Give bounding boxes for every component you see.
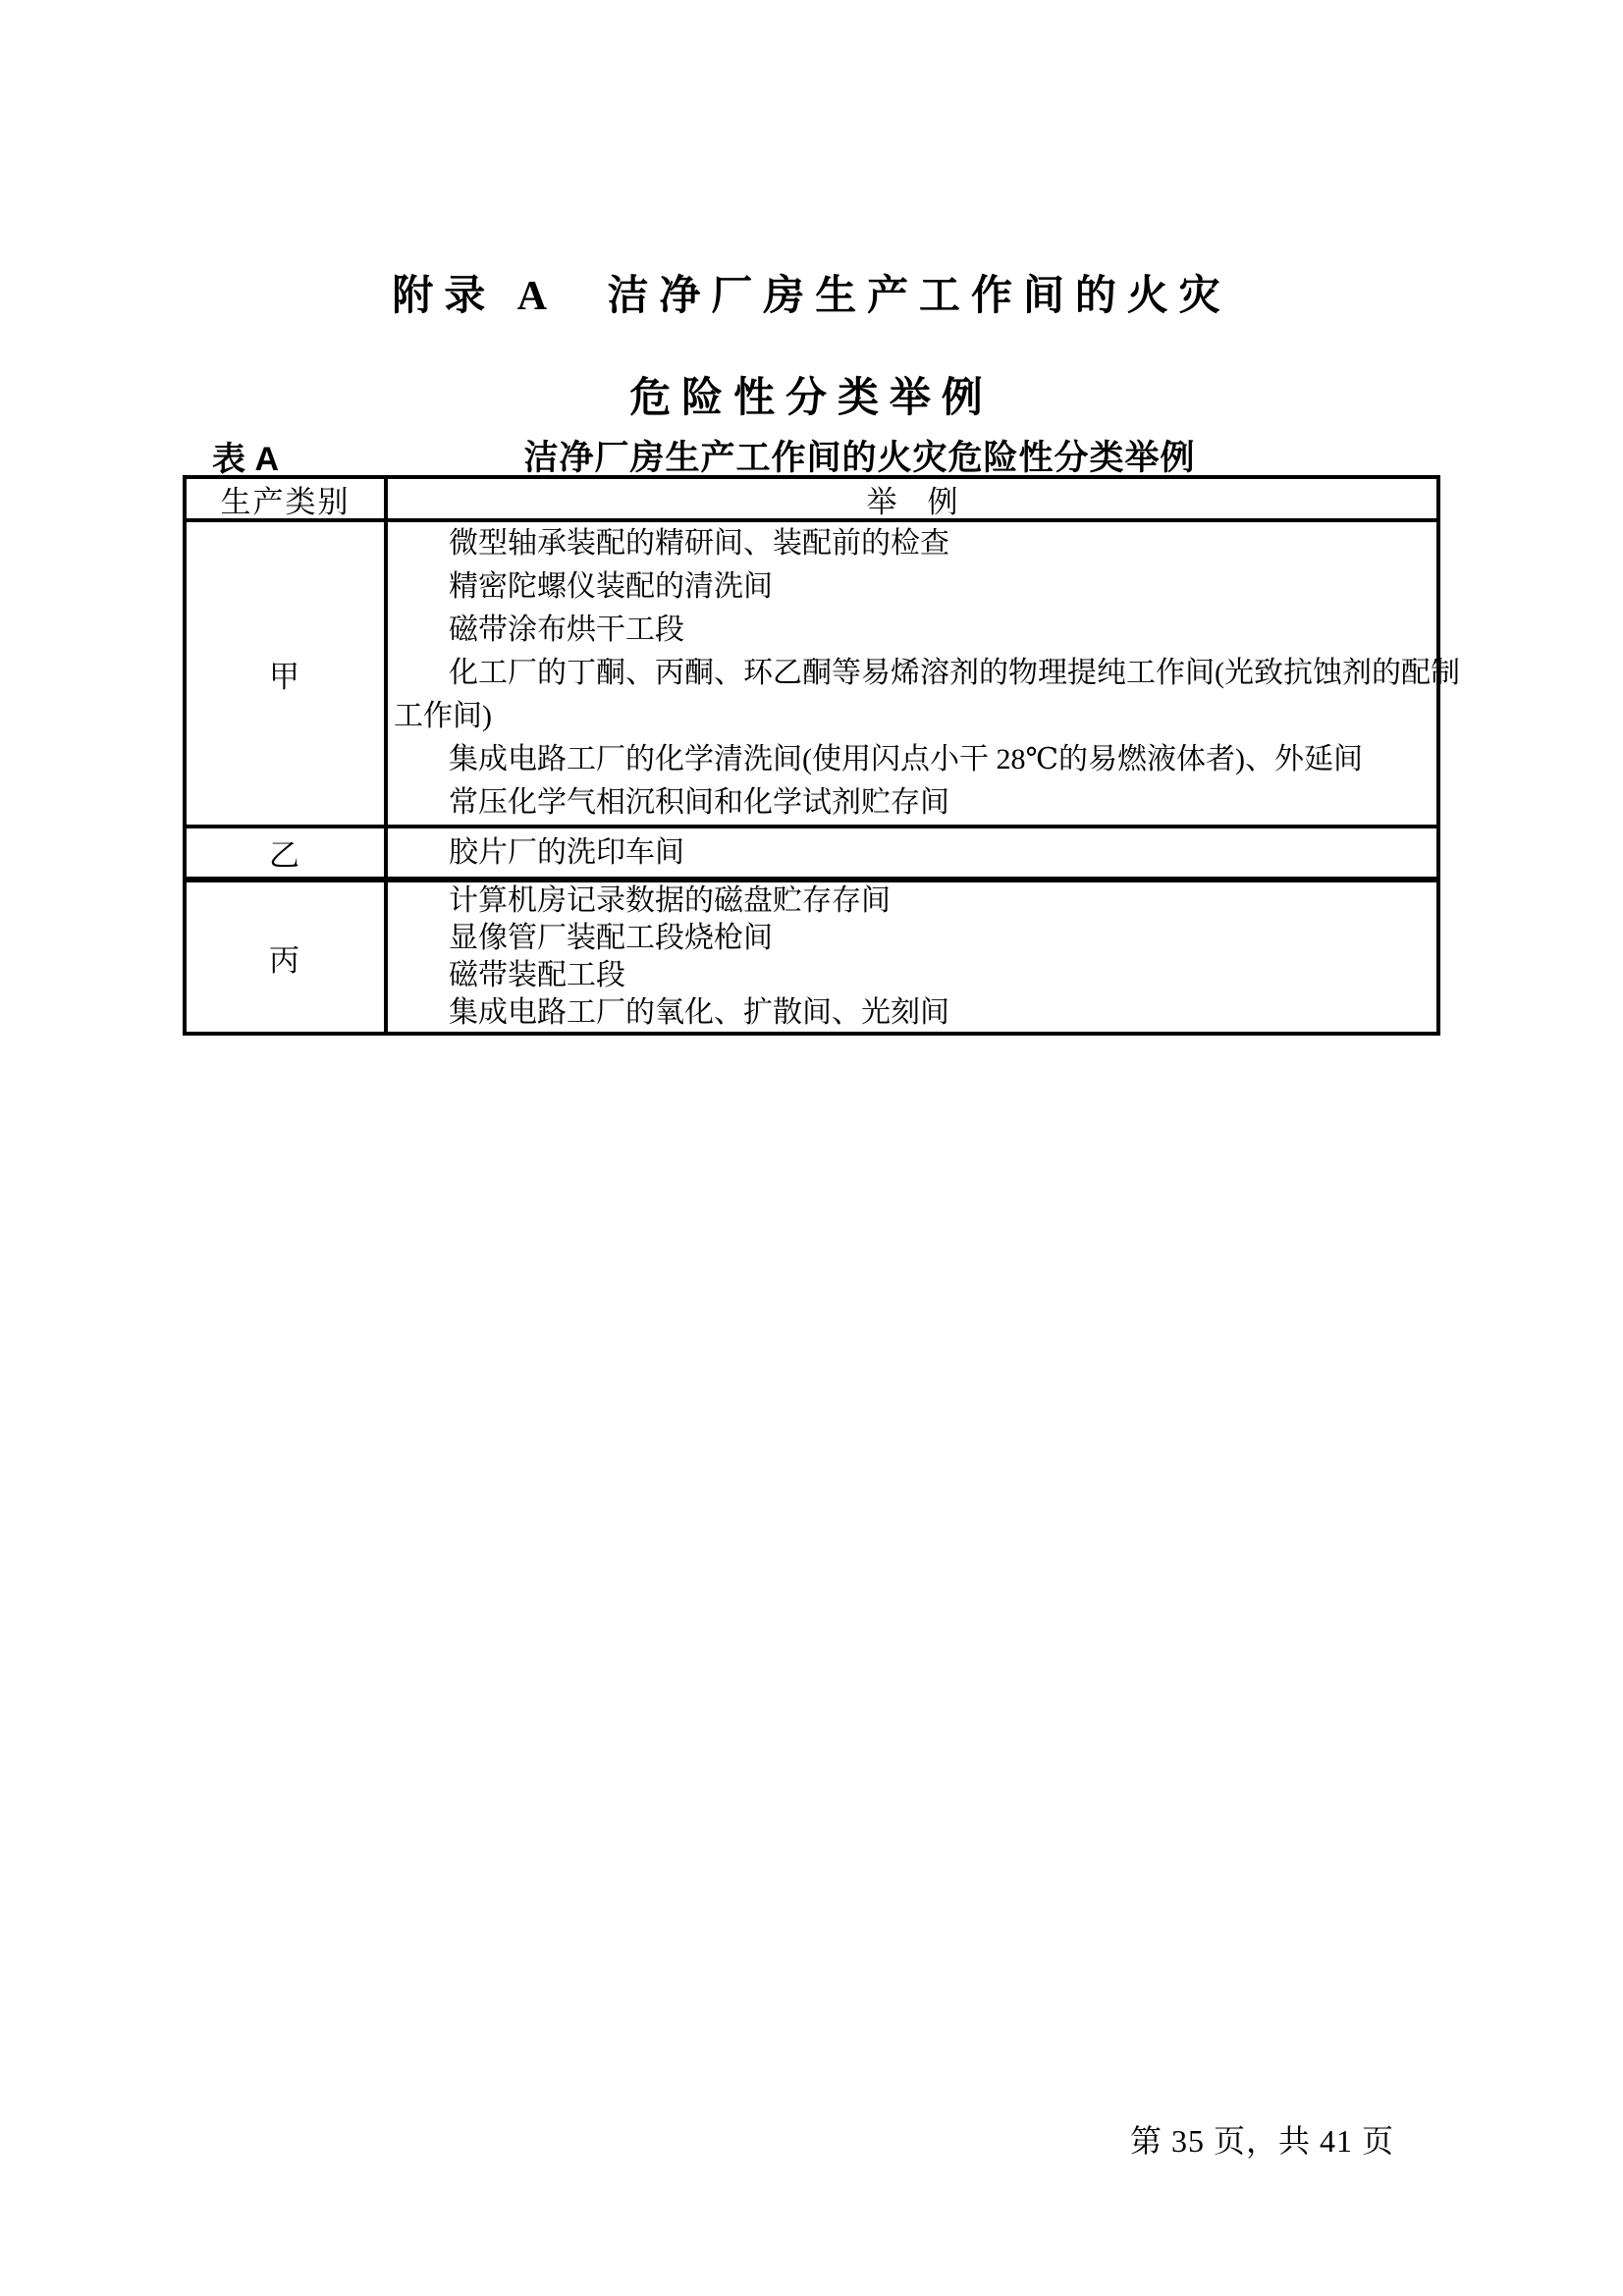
example-line: 化工厂的丁酮、丙酮、环乙酮等易烯溶剂的物理提纯工作间(光致抗蚀剂的配制: [388, 652, 1436, 695]
example-line: 集成电路工厂的氧化、扩散间、光刻间: [388, 994, 1436, 1032]
examples-cell-yi: 胶片厂的洗印车间: [388, 828, 1436, 877]
examples-cell-jia: 微型轴承装配的精研间、装配前的检查 精密陀螺仪装配的清洗间 磁带涂布烘干工段 化…: [388, 522, 1436, 825]
example-line: 集成电路工厂的化学清洗间(使用闪点小干 28℃的易燃液体者)、外延间: [388, 738, 1436, 781]
table-caption: 洁净厂房生产工作间的火灾危险性分类举例: [279, 431, 1440, 480]
classification-table: 生产类别 举 例 甲 微型轴承装配的精研间、装配前的检查 精密陀螺仪装配的清洗间…: [183, 475, 1440, 1036]
example-line: 显像管厂装配工段烧枪间: [388, 920, 1436, 957]
column-header-category: 生产类别: [187, 479, 388, 518]
page-number: 第 35 页，共 41 页: [1130, 2116, 1394, 2162]
example-line: 微型轴承装配的精研间、装配前的检查: [388, 522, 1436, 565]
example-line: 计算机房记录数据的磁盘贮存存间: [388, 882, 1436, 920]
table-header-row: 生产类别 举 例: [187, 479, 1436, 518]
example-line: 精密陀螺仪装配的清洗间: [388, 565, 1436, 609]
category-cell-yi: 乙: [187, 828, 388, 877]
example-line-continuation: 工作间): [388, 695, 1436, 738]
category-cell-bing: 丙: [187, 882, 388, 1032]
table-caption-row: 表 A 洁净厂房生产工作间的火灾危险性分类举例: [183, 436, 1440, 475]
examples-cell-bing: 计算机房记录数据的磁盘贮存存间 显像管厂装配工段烧枪间 磁带装配工段 集成电路工…: [388, 882, 1436, 1032]
appendix-title-line1: 附录 A 洁净厂房生产工作间的火灾: [0, 263, 1623, 322]
table-row-jia: 甲 微型轴承装配的精研间、装配前的检查 精密陀螺仪装配的清洗间 磁带涂布烘干工段…: [187, 518, 1436, 825]
example-line: 磁带涂布烘干工段: [388, 609, 1436, 652]
document-page: 附录 A 洁净厂房生产工作间的火灾 危险性分类举例 表 A 洁净厂房生产工作间的…: [0, 0, 1623, 2296]
column-header-examples: 举 例: [388, 479, 1436, 518]
table-label: 表 A: [212, 432, 279, 480]
example-line: 胶片厂的洗印车间: [388, 828, 684, 877]
example-line: 磁带装配工段: [388, 957, 1436, 994]
category-cell-jia: 甲: [187, 522, 388, 825]
table-row-yi: 乙 胶片厂的洗印车间: [187, 825, 1436, 877]
table-row-bing: 丙 计算机房记录数据的磁盘贮存存间 显像管厂装配工段烧枪间 磁带装配工段 集成电…: [187, 877, 1436, 1032]
appendix-title-line2: 危险性分类举例: [0, 365, 1623, 424]
example-line: 常压化学气相沉积间和化学试剂贮存间: [388, 781, 1436, 825]
